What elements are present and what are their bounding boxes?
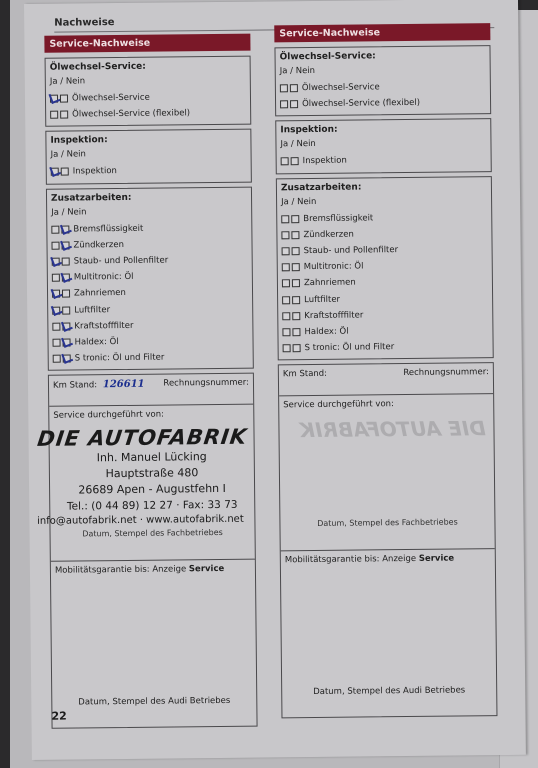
mobility-section: Mobilitätsgarantie bis: Anzeige Service …: [281, 549, 497, 717]
nein-checkbox[interactable]: [291, 158, 299, 166]
ja-checkbox[interactable]: [282, 328, 290, 336]
checklist-item-label: Zündkerzen: [73, 240, 124, 251]
ja-checkbox[interactable]: [282, 296, 290, 304]
checklist-item-label: Bremsflüssigkeit: [303, 213, 373, 224]
mileage-label: Km Stand:: [283, 369, 327, 391]
nein-checkbox[interactable]: [62, 290, 70, 298]
service-record-left: Service-Nachweise Ölwechsel-Service: Ja …: [44, 34, 257, 729]
mobility-guarantee-label: Mobilitätsgarantie bis: Anzeige Service: [55, 564, 251, 576]
ja-checkbox[interactable]: [51, 241, 59, 249]
nein-checkbox[interactable]: [291, 215, 299, 223]
inspection-title: Inspektion:: [50, 134, 246, 146]
service-by-label: Service durchgeführt von:: [53, 409, 249, 421]
nein-checkbox[interactable]: [62, 258, 70, 266]
ja-checkbox[interactable]: [50, 95, 58, 103]
ja-checkbox[interactable]: [281, 215, 289, 223]
nein-checkbox[interactable]: [290, 84, 298, 92]
checklist-item-label: Haldex: Öl: [304, 327, 348, 337]
ja-checkbox[interactable]: [52, 274, 60, 282]
checklist-item-label: Ölwechsel-Service (flexibel): [72, 109, 190, 120]
checklist-item-label: Zündkerzen: [303, 229, 354, 240]
invoice-number-label: Rechnungsnummer:: [403, 367, 489, 390]
dealer-stamp-name: DIE AUTOFABRIK: [36, 425, 251, 451]
checklist-item-label: Kraftstofffilter: [304, 310, 363, 321]
inspection-box: Inspektion: Ja / Nein Inspektion: [275, 118, 492, 173]
ja-checkbox[interactable]: [282, 247, 290, 255]
ja-checkbox[interactable]: [280, 101, 288, 109]
ja-checkbox[interactable]: [52, 258, 60, 266]
nein-checkbox[interactable]: [60, 111, 68, 119]
checklist-item: Inspektion: [51, 162, 247, 180]
yes-no-label: Ja / Nein: [50, 75, 246, 87]
nein-checkbox[interactable]: [61, 241, 69, 249]
checklist-item-label: Ölwechsel-Service (flexibel): [302, 98, 420, 109]
service-by-section: Service durchgeführt von: DIE AUTOFABRIK…: [279, 394, 495, 551]
checklist-item: S tronic: Öl und Filter: [283, 338, 489, 356]
nein-checkbox[interactable]: [292, 280, 300, 288]
ja-checkbox[interactable]: [53, 355, 61, 363]
checklist-item: Ölwechsel-Service (flexibel): [280, 94, 486, 112]
checklist-item: Ölwechsel-Service (flexibel): [50, 105, 246, 123]
checklist-item-label: Kraftstofffilter: [74, 321, 133, 332]
audi-stamp-note: Datum, Stempel des Audi Betriebes: [282, 685, 496, 697]
checklist-item: S tronic: Öl und Filter: [53, 349, 249, 367]
nein-checkbox[interactable]: [62, 274, 70, 282]
invoice-number-label: Rechnungsnummer:: [163, 378, 249, 401]
nein-checkbox[interactable]: [63, 339, 71, 347]
checklist-item-label: Ölwechsel-Service: [72, 93, 150, 104]
yes-no-label: Ja / Nein: [51, 205, 247, 217]
nein-checkbox[interactable]: [291, 231, 299, 239]
checklist-item-label: Ölwechsel-Service: [302, 82, 380, 93]
checklist-item-label: Luftfilter: [304, 294, 340, 304]
ja-checkbox[interactable]: [52, 322, 60, 330]
checklist-item-label: Staub- und Pollenfilter: [74, 256, 169, 267]
nein-checkbox[interactable]: [63, 355, 71, 363]
yes-no-label: Ja / Nein: [280, 64, 486, 76]
nein-checkbox[interactable]: [292, 247, 300, 255]
checklist-item: Inspektion: [281, 152, 487, 170]
ja-checkbox[interactable]: [283, 344, 291, 352]
ja-checkbox[interactable]: [281, 231, 289, 239]
dealer-stamp: DIE AUTOFABRIK Inh. Manuel Lücking Haupt…: [53, 425, 250, 528]
nein-checkbox[interactable]: [60, 95, 68, 103]
checklist-item-label: Zahnriemen: [304, 278, 356, 289]
ja-checkbox[interactable]: [53, 339, 61, 347]
checklist-item-label: Luftfilter: [74, 305, 110, 315]
service-details-box: Km Stand: Rechnungsnummer: Service durch…: [278, 362, 498, 718]
checklist-item-label: Multitronic: Öl: [304, 262, 364, 273]
dealer-stamp-note: Datum, Stempel des Fachbetriebes: [280, 517, 494, 528]
nein-checkbox[interactable]: [292, 328, 300, 336]
checklist-item-label: Zahnriemen: [74, 288, 126, 299]
nein-checkbox[interactable]: [292, 263, 300, 271]
checklist-item-label: Multitronic: Öl: [74, 272, 134, 283]
service-booklet-page: Nachweise Service-Nachweise Ölwechsel-Se…: [24, 0, 526, 760]
dealer-stamp-web: info@autofabrik.net · www.autofabrik.net: [30, 513, 250, 528]
checklist-item-label: S tronic: Öl und Filter: [75, 353, 165, 364]
yes-no-label: Ja / Nein: [51, 148, 247, 160]
ja-checkbox[interactable]: [280, 84, 288, 92]
oil-change-title: Ölwechsel-Service:: [280, 50, 486, 62]
nein-checkbox[interactable]: [293, 344, 301, 352]
service-by-label: Service durchgeführt von:: [283, 398, 489, 410]
mileage-value[interactable]: 126611: [103, 379, 145, 390]
nein-checkbox[interactable]: [62, 306, 70, 314]
booklet: Nachweise Service-Nachweise Ölwechsel-Se…: [10, 0, 538, 768]
page-header-title: Nachweise: [54, 17, 114, 29]
nein-checkbox[interactable]: [62, 322, 70, 330]
nein-checkbox[interactable]: [290, 100, 298, 108]
page-number: 22: [51, 710, 66, 723]
yes-no-label: Ja / Nein: [281, 195, 487, 207]
section-banner: Service-Nachweise: [274, 23, 490, 42]
service-record-right: Service-Nachweise Ölwechsel-Service: Ja …: [274, 23, 497, 718]
checklist-item-label: Haldex: Öl: [74, 337, 118, 347]
checklist-item-label: S tronic: Öl und Filter: [305, 342, 395, 353]
section-banner: Service-Nachweise: [44, 34, 250, 53]
nein-checkbox[interactable]: [61, 168, 69, 176]
ja-checkbox[interactable]: [51, 225, 59, 233]
mileage-label: Km Stand:: [53, 381, 97, 391]
oil-change-box: Ölwechsel-Service: Ja / Nein Ölwechsel-S…: [45, 56, 252, 128]
inspection-title: Inspektion:: [280, 124, 486, 136]
extra-work-box: Zusatzarbeiten: Ja / Nein Bremsflüssigke…: [46, 186, 254, 371]
service-by-section: Service durchgeführt von: DIE AUTOFABRIK…: [49, 405, 255, 562]
bleed-through-stamp: DIE AUTOFABRIK: [299, 416, 486, 442]
extra-work-box: Zusatzarbeiten: Ja / Nein Bremsflüssigke…: [276, 176, 494, 361]
yes-no-label: Ja / Nein: [280, 138, 486, 150]
ja-checkbox[interactable]: [281, 158, 289, 166]
ja-checkbox[interactable]: [282, 312, 290, 320]
inspection-box: Inspektion: Ja / Nein Inspektion: [45, 129, 252, 184]
ja-checkbox[interactable]: [282, 280, 290, 288]
oil-change-title: Ölwechsel-Service:: [50, 61, 246, 73]
mobility-section: Mobilitätsgarantie bis: Anzeige Service …: [51, 560, 257, 728]
service-details-box: Km Stand: 126611 Rechnungsnummer: Servic…: [48, 373, 258, 729]
ja-checkbox[interactable]: [50, 111, 58, 119]
nein-checkbox[interactable]: [292, 312, 300, 320]
ja-checkbox[interactable]: [52, 306, 60, 314]
mileage-invoice-row: Km Stand: Rechnungsnummer:: [279, 363, 493, 396]
ja-checkbox[interactable]: [51, 168, 59, 176]
mobility-guarantee-label: Mobilitätsgarantie bis: Anzeige Service: [285, 553, 491, 565]
ja-checkbox[interactable]: [282, 263, 290, 271]
checklist-item-label: Bremsflüssigkeit: [73, 223, 143, 234]
mileage-invoice-row: Km Stand: 126611 Rechnungsnummer:: [49, 374, 253, 407]
extra-work-title: Zusatzarbeiten:: [51, 191, 247, 203]
dealer-stamp-note: Datum, Stempel des Fachbetriebes: [51, 528, 255, 539]
audi-stamp-note: Datum, Stempel des Audi Betriebes: [52, 696, 256, 708]
nein-checkbox[interactable]: [292, 296, 300, 304]
checklist-item-label: Staub- und Pollenfilter: [304, 245, 399, 256]
extra-work-title: Zusatzarbeiten:: [281, 181, 487, 193]
oil-change-box: Ölwechsel-Service: Ja / Nein Ölwechsel-S…: [274, 45, 491, 117]
nein-checkbox[interactable]: [61, 225, 69, 233]
checklist-item-label: Inspektion: [303, 156, 347, 166]
ja-checkbox[interactable]: [52, 290, 60, 298]
checklist-item-label: Inspektion: [73, 167, 117, 177]
